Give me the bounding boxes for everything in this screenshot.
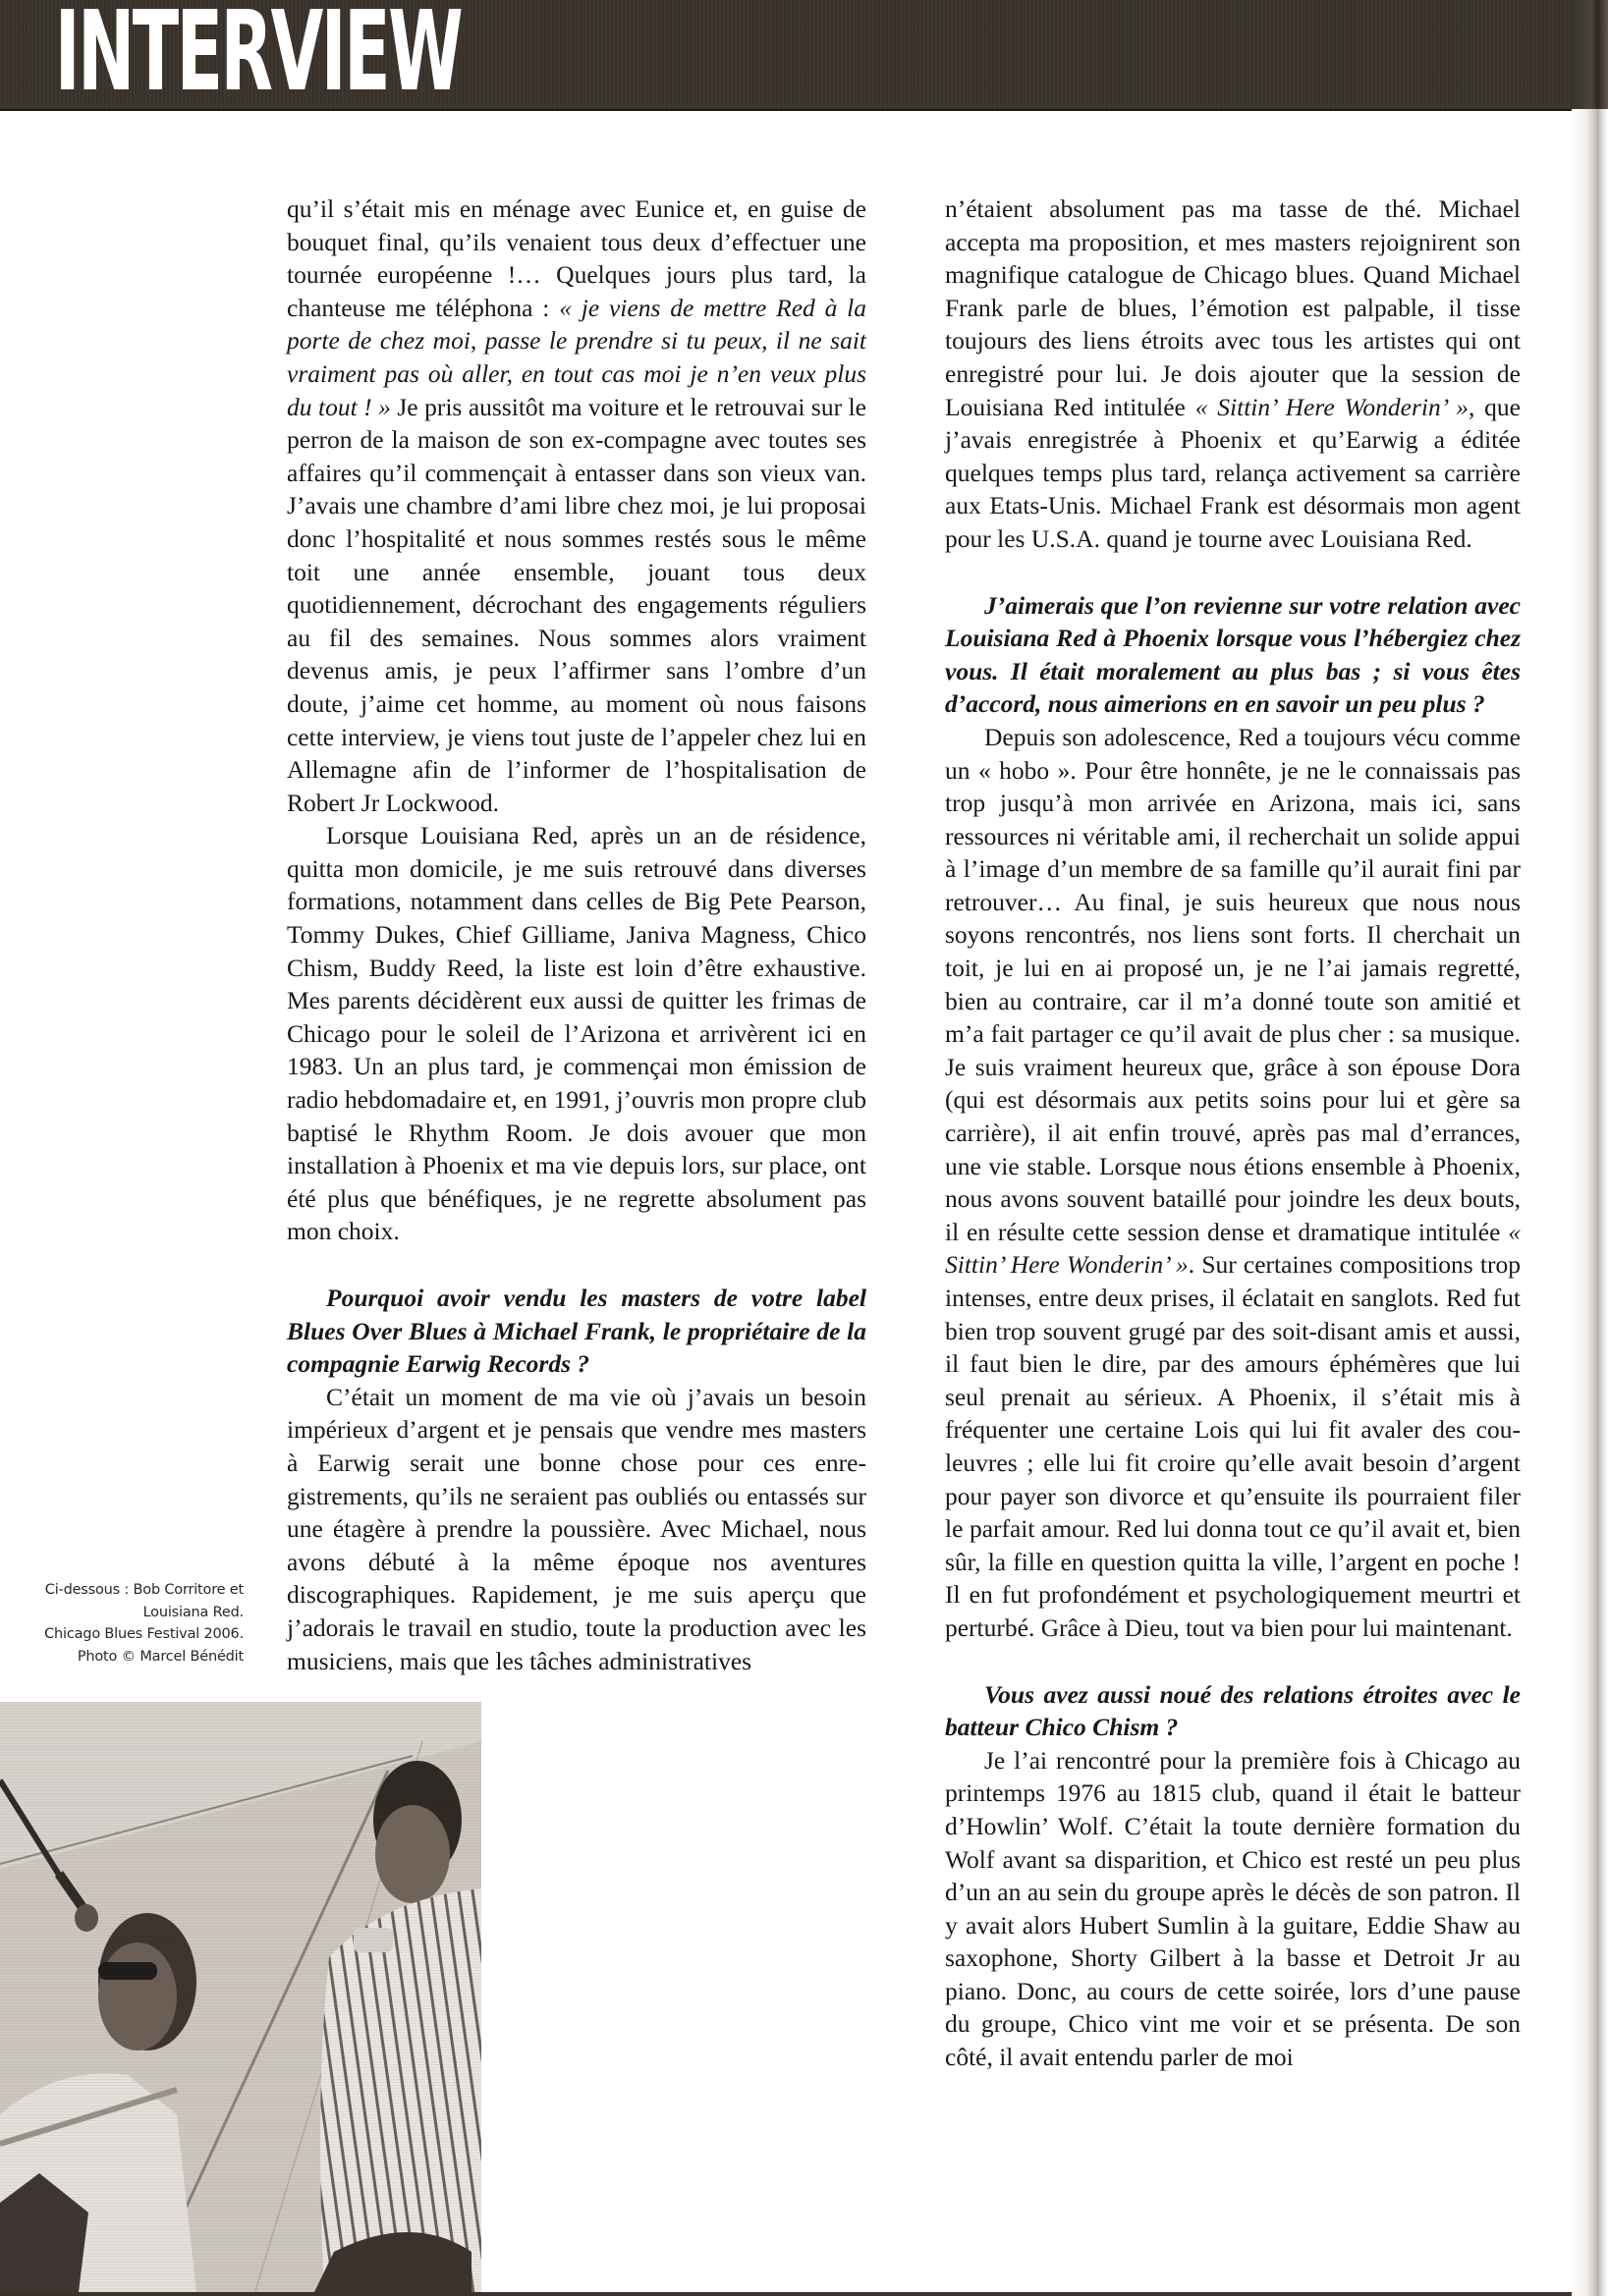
section-header-band: Interview: [0, 0, 1572, 111]
paragraph-text: Je pris aussitôt ma voiture et le retrou…: [287, 393, 866, 817]
paragraph-text: Depuis son adolescence, Red a toujours v…: [945, 723, 1521, 1246]
interview-question: Pourquoi avoir vendu les masters de votr…: [287, 1282, 866, 1381]
concert-photo: [0, 1702, 481, 2292]
paragraph: Depuis son adolescence, Red a toujours v…: [945, 721, 1521, 1645]
interview-question: J’aimerais que l’on revienne sur votre r…: [945, 589, 1521, 721]
interview-question: Vous avez aussi noué des relations étroi…: [945, 1678, 1521, 1744]
paragraph: Lorsque Louisiana Red, après un an de ré…: [287, 819, 866, 1248]
caption-line: Louisiana Red.: [20, 1602, 244, 1624]
right-text-column: n’étaient absolument pas ma tasse de thé…: [945, 192, 1521, 2074]
photo-illustration: [0, 1702, 481, 2292]
page-binding-gutter-top: [1572, 0, 1608, 109]
section-title: Interview: [51, 0, 465, 110]
paragraph: C’était un moment de ma vie où j’avais u…: [287, 1381, 866, 1677]
caption-line: Ci-dessous : Bob Corritore et: [20, 1579, 244, 1602]
photo-caption: Ci-dessous : Bob Corritore et Louisiana …: [20, 1579, 244, 1667]
bottom-border: [0, 2292, 1572, 2296]
paragraph-text: . Sur certaines compositions trop intens…: [945, 1250, 1521, 1642]
paragraph: Je l’ai rencontré pour la première fois …: [945, 1744, 1521, 2074]
paragraph: n’étaient absolument pas ma tasse de thé…: [945, 192, 1521, 556]
caption-line: Photo © Marcel Bénédit: [20, 1646, 244, 1668]
album-title: « Sittin’ Here Wonde­rin’ »: [1195, 393, 1469, 421]
caption-line: Chicago Blues Festival 2006.: [20, 1623, 244, 1646]
page-binding-gutter: [1572, 0, 1608, 2296]
left-text-column: qu’il s’était mis en ménage avec Eunice …: [287, 192, 866, 1677]
paragraph-text: n’étaient absolument pas ma tasse de thé…: [945, 194, 1521, 421]
paragraph: qu’il s’était mis en ménage avec Eunice …: [287, 192, 866, 819]
